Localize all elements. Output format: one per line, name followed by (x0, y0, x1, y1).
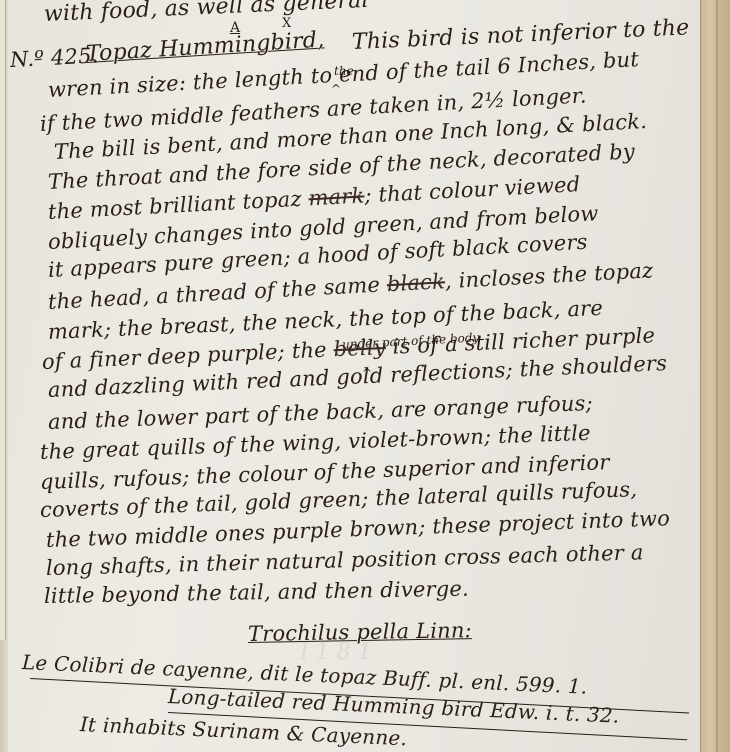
line-19: little beyond the tail, and then diverge… (44, 577, 469, 608)
page-stack-line (716, 0, 718, 752)
line-1-rest: This bird is not inferior to the (351, 15, 689, 55)
struck-word-belly: belly (333, 335, 386, 361)
latin-name: Trochilus pella Linn: (248, 618, 472, 646)
line-9-b: , incloses the topaz (444, 258, 654, 293)
manuscript-page: I 1 8 1 with food, as well as general A … (0, 0, 730, 752)
entry-title: Topaz Hummingbird, (85, 27, 325, 67)
line-6-b: ; that colour viewed (364, 172, 581, 207)
folded-page-edge (0, 0, 6, 640)
struck-word-black: black (386, 269, 445, 296)
page-stack-edge (700, 0, 730, 752)
struck-word-mark: mark (308, 183, 365, 210)
line-0: with food, as well as general (43, 0, 369, 27)
habitat: It inhabits Surinam & Cayenne. (79, 712, 407, 750)
